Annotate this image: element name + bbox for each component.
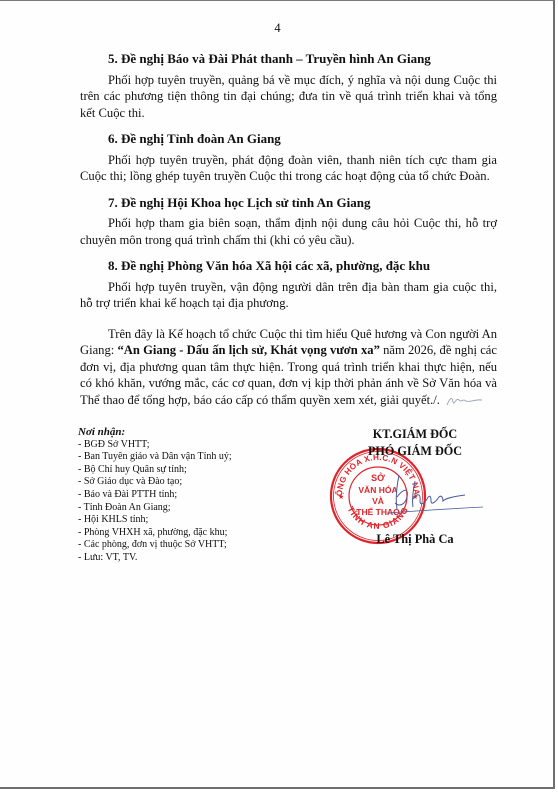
section-heading: 6. Đề nghị Tỉnh đoàn An Giang <box>80 131 497 148</box>
signer-role-line1: KT.GIÁM ĐỐC <box>330 426 500 443</box>
document-page: 4 5. Đề nghị Báo và Đài Phát thanh – Tru… <box>0 0 555 789</box>
signature-block: KT.GIÁM ĐỐC PHÓ GIÁM ĐỐC CỘNG HÒA X.H.C.… <box>330 426 500 460</box>
section-heading: 8. Đề nghị Phòng Văn hóa Xã hội các xã, … <box>80 258 497 275</box>
section-7: 7. Đề nghị Hội Khoa học Lịch sử tỉnh An … <box>80 195 497 249</box>
svg-text:VÀ: VÀ <box>372 496 384 506</box>
handwritten-signature-icon <box>385 471 485 521</box>
initials-mark-icon <box>444 394 484 408</box>
recipient-item: - Lưu: VT, TV. <box>78 552 232 565</box>
recipient-item: - Ban Tuyên giáo và Dân vận Tỉnh uỷ; <box>78 451 232 464</box>
recipient-item: - BGĐ Sở VHTT; <box>78 439 232 452</box>
page-number: 4 <box>0 21 555 36</box>
svg-text:SỞ: SỞ <box>371 472 385 483</box>
section-heading: 7. Đề nghị Hội Khoa học Lịch sử tỉnh An … <box>80 195 497 212</box>
section-6: 6. Đề nghị Tỉnh đoàn An Giang Phối hợp t… <box>80 131 497 185</box>
section-body: Phối hợp tuyên truyền, quảng bá về mục đ… <box>80 72 497 122</box>
signer-role-line2: PHÓ GIÁM ĐỐC <box>330 443 500 460</box>
recipient-item: - Các phòng, đơn vị thuộc Sở VHTT; <box>78 539 232 552</box>
recipients-title: Nơi nhận: <box>78 426 232 439</box>
recipient-item: - Hội KHLS tỉnh; <box>78 514 232 527</box>
section-8: 8. Đề nghị Phòng Văn hóa Xã hội các xã, … <box>80 258 497 312</box>
section-5: 5. Đề nghị Báo và Đài Phát thanh – Truyề… <box>80 51 497 121</box>
section-body: Phối hợp tham gia biên soạn, thẩm định n… <box>80 215 497 248</box>
recipient-item: - Báo và Đài PTTH tỉnh; <box>78 489 232 502</box>
document-body: 5. Đề nghị Báo và Đài Phát thanh – Truyề… <box>80 51 497 408</box>
contest-name: “An Giang - Dấu ấn lịch sử, Khát vọng vư… <box>118 343 380 357</box>
svg-text:★: ★ <box>338 493 344 501</box>
signer-name: Lê Thị Phà Ca <box>330 532 500 547</box>
closing-paragraph: Trên đây là Kế hoạch tổ chức Cuộc thi tì… <box>80 326 497 409</box>
recipient-item: - Tỉnh Đoàn An Giang; <box>78 502 232 515</box>
recipient-item: - Bộ Chỉ huy Quân sự tỉnh; <box>78 464 232 477</box>
section-body: Phối hợp tuyên truyền, phát động đoàn vi… <box>80 152 497 185</box>
section-body: Phối hợp tuyên truyền, vận động người dâ… <box>80 279 497 312</box>
recipient-item: - Phòng VHXH xã, phường, đặc khu; <box>78 527 232 540</box>
recipient-item: - Sở Giáo dục và Đào tạo; <box>78 476 232 489</box>
section-heading: 5. Đề nghị Báo và Đài Phát thanh – Truyề… <box>80 51 497 68</box>
recipients-list: Nơi nhận: - BGĐ Sở VHTT; - Ban Tuyên giá… <box>78 426 232 565</box>
